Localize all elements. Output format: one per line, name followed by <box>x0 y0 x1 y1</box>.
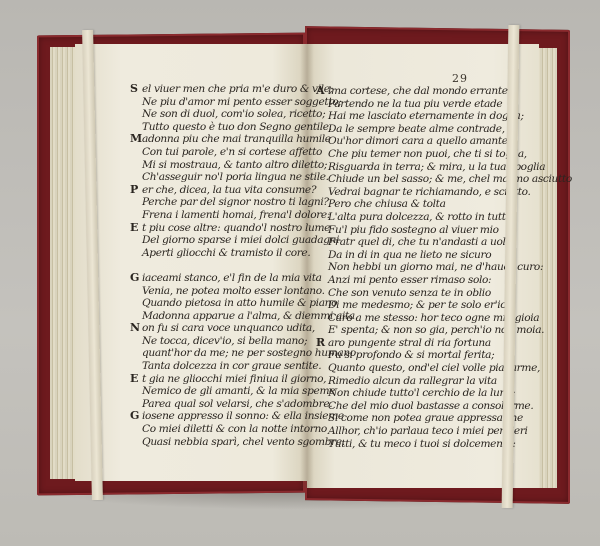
initial-letter: M <box>130 133 142 146</box>
verse-line: Che piu temer non puoi, che ti si toglia… <box>316 148 572 161</box>
verse-text: Con tui parole, e'n si cortese affetto <box>142 146 322 159</box>
verse-text: Tutti, & tu meco i tuoi si dolcemente: <box>328 438 516 451</box>
verse-text: Ou'hor dimori cara a quello amante, <box>328 135 511 148</box>
verse-text: L'alta pura dolcezza, & rotto in tutto <box>328 211 512 224</box>
verse-line: Rimedio alcun da rallegrar la vita <box>316 375 572 388</box>
verse-text: Nemico de gli amanti, & la mia speme <box>142 385 335 398</box>
initial-letter: R <box>316 337 328 350</box>
page-number: 29 <box>452 72 468 85</box>
verse-line: Pero che chiusa & tolta <box>316 198 572 211</box>
initial-letter: E <box>130 222 142 235</box>
verse-text: Anzi mi pento esser rimaso solo: <box>328 274 491 287</box>
initial-letter: P <box>130 184 142 197</box>
verse-text: Aperti gliocchi & tramisto il core. <box>142 247 310 260</box>
verse-text: lma cortese, che dal mondo errante <box>328 85 508 98</box>
verse-text: Si come non potea graue appressarme <box>328 412 523 425</box>
verse-text: Ne son di duol, com'io solea, ricetto; <box>142 108 325 121</box>
verse-text: Hai me lasciato eternamente in doglia; <box>328 110 524 123</box>
initial-letter: A <box>316 85 328 98</box>
verse-text: Vedrai bagnar te richiamando, e sciutto. <box>328 186 531 199</box>
verse-text: Tanta dolcezza in cor graue sentite. <box>142 360 321 373</box>
verse-line: Hai me lasciato eternamente in doglia; <box>316 110 572 123</box>
initial-letter: G <box>130 410 142 423</box>
verse-line: Non chiude tutto'l cerchio de la luna; <box>316 387 572 400</box>
verse-text: er che, dicea, la tua vita consume? <box>142 184 316 197</box>
right-page-text: Alma cortese, che dal mondo erranteParte… <box>316 85 572 450</box>
verse-line: E' spenta; & non so gia, perch'io non mo… <box>316 324 572 337</box>
verse-line: Caro a me stesso: hor teco ogne mia gioi… <box>316 312 572 325</box>
verse-text: Ne piu d'amor mi pento esser soggetto; <box>142 96 341 109</box>
verse-text: Frena i lamenti homai, frena'l dolore: <box>142 209 330 222</box>
verse-line: Risguarda in terra; & mira, u la tua spo… <box>316 161 572 174</box>
verse-text: adonna piu che mai tranquilla humile <box>142 133 331 146</box>
verse-text: Perche par del signor nostro ti lagni? <box>142 196 329 209</box>
verse-text: Tutto questo è tuo don Segno gentile. <box>142 121 332 134</box>
verse-text: iosene appresso il sonno: & ella insieme <box>142 410 344 423</box>
verse-text: Fratr quel di, che tu n'andasti a uolo <box>328 236 512 249</box>
verse-text: aro pungente stral di ria fortuna <box>328 337 491 350</box>
verse-line: Fu'l piu fido sostegno al viuer mio <box>316 224 572 237</box>
verse-line: Allhor, ch'io parlaua teco i miei pensie… <box>316 425 572 438</box>
initial-letter: S <box>130 83 142 96</box>
verse-line: Tutti, & tu meco i tuoi si dolcemente: <box>316 438 572 451</box>
verse-line: L'alta pura dolcezza, & rotto in tutto <box>316 211 572 224</box>
verse-text: Di me medesmo; & per te solo er'io <box>328 299 506 312</box>
verse-line: Che del mio duol bastasse a consolarme. <box>316 400 572 413</box>
verse-line: Di me medesmo; & per te solo er'io <box>316 299 572 312</box>
verse-line: Chiude un bel sasso; & me, chel marmo as… <box>316 173 572 186</box>
verse-line: Si come non potea graue appressarme <box>316 412 572 425</box>
verse-line: Fu si profondo & si mortal ferita; <box>316 349 572 362</box>
verse-text: t piu cose altre: quando'l nostro lume <box>142 222 330 235</box>
verse-text: Mi si mostraua, & tanto altro diletto; <box>142 159 327 172</box>
initial-letter: G <box>130 272 142 285</box>
verse-text: Allhor, ch'io parlaua teco i miei pensie… <box>328 425 528 438</box>
verse-text: Co miei diletti & con la notte intorno <box>142 423 327 436</box>
verse-line: Non hebbi un giorno mai, ne d'hauer curo… <box>316 261 572 274</box>
verse-text: Ch'asseguir no'l poria lingua ne stile. <box>142 171 329 184</box>
verse-line: Fratr quel di, che tu n'andasti a uolo <box>316 236 572 249</box>
verse-text: Da le sempre beate alme contrade, <box>328 123 505 136</box>
verse-text: Fu si profondo & si mortal ferita; <box>328 349 494 362</box>
verse-text: Ne tocca, dicev'io, si bella mano; <box>142 335 307 348</box>
verse-text: Venia, ne potea molto esser lontano. <box>142 285 325 298</box>
verse-text: Non chiude tutto'l cerchio de la luna; <box>328 387 515 400</box>
verse-line: Quanto questo, ond'el ciel volle piagarm… <box>316 362 572 375</box>
verse-text: iaceami stanco, e'l fin de la mia vita <box>142 272 322 285</box>
verse-line: Che son venuto senza te in oblio <box>316 287 572 300</box>
verse-text: on fu si cara voce unquanco udita, <box>142 322 315 335</box>
verse-line: Vedrai bagnar te richiamando, e sciutto. <box>316 186 572 199</box>
verse-text: el viuer men che pria m'e duro & vile; <box>142 83 333 96</box>
verse-line: Da in di in qua ne lieto ne sicuro <box>316 249 572 262</box>
verse-text: Che piu temer non puoi, che ti si toglia… <box>328 148 527 161</box>
verse-line: Anzi mi pento esser rimaso solo: <box>316 274 572 287</box>
verse-line: Alma cortese, che dal mondo errante <box>316 85 572 98</box>
verse-text: Pero che chiusa & tolta <box>328 198 446 211</box>
verse-text: Rimedio alcun da rallegrar la vita <box>328 375 497 388</box>
verse-text: Quasi nebbia sparì, chel vento sgombre. <box>142 436 345 449</box>
verse-line: Partendo ne la tua piu verde etade <box>316 98 572 111</box>
verse-line: Ou'hor dimori cara a quello amante, <box>316 135 572 148</box>
verse-text: Del giorno sparse i miei dolci guadagni <box>142 234 339 247</box>
verse-text: Da in di in qua ne lieto ne sicuro <box>328 249 491 262</box>
verse-text: Che son venuto senza te in oblio <box>328 287 491 300</box>
verse-line: Da le sempre beate alme contrade, <box>316 123 572 136</box>
initial-letter: E <box>130 373 142 386</box>
verse-line: Raro pungente stral di ria fortuna <box>316 337 572 350</box>
verse-text: Partendo ne la tua piu verde etade <box>328 98 502 111</box>
verse-text: Quando pietosa in atto humile & piano <box>142 297 337 310</box>
verse-text: t gia ne gliocchi miei finiua il giorno, <box>142 373 326 386</box>
verse-text: Chiude un bel sasso; & me, chel marmo as… <box>328 173 572 186</box>
initial-letter: N <box>130 322 142 335</box>
verse-text: Parea qual sol velarsi, che s'adombre. <box>142 398 332 411</box>
verse-text: Fu'l piu fido sostegno al viuer mio <box>328 224 499 237</box>
